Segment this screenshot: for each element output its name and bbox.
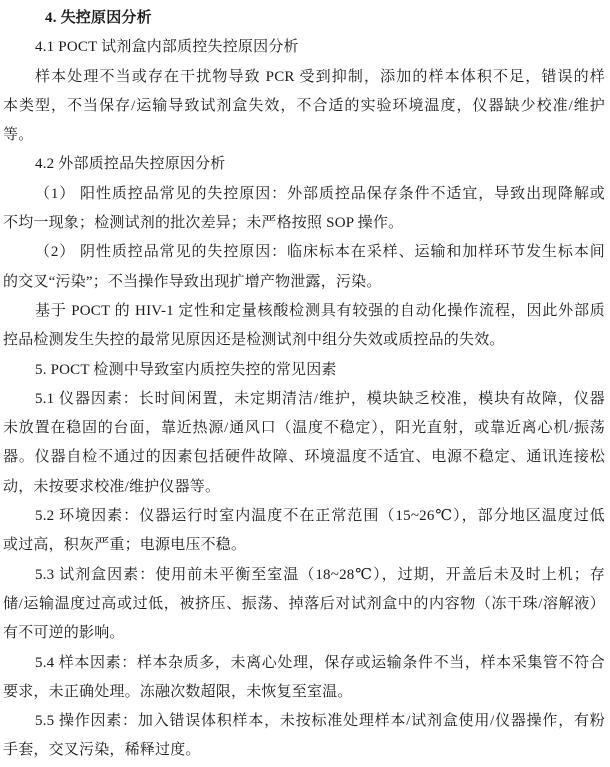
text-line: 动，未按要求校准/维护仪器等。 bbox=[3, 473, 605, 502]
text-line: 储/运输温度过高或过低，被挤压、振荡、掉落后对试剂盒中的内容物（冻干珠/溶解液） bbox=[3, 590, 605, 619]
text-line: 要求，未正确处理。冻融次数超限，未恢复至室温。 bbox=[3, 678, 605, 707]
text-line: （1） 阳性质控品常见的失控原因：外部质控品保存条件不适宜，导致出现降解或 bbox=[3, 180, 605, 209]
text-line: 5.5 操作因素：加入错误体积样本，未按标准处理样本/试剂盒使用/仪器操作，有粉 bbox=[3, 707, 605, 736]
text-line: （2） 阴性质控品常见的失控原因：临床标本在采样、运输和加样环节发生标本间 bbox=[3, 238, 605, 267]
text-line: 样本处理不当或存在干扰物导致 PCR 受到抑制，添加的样本体积不足，错误的样 bbox=[3, 63, 605, 92]
text-line: 未放置在稳固的台面，靠近热源/通风口（温度不稳定），阳光直射，或靠近离心机/振荡 bbox=[3, 414, 605, 443]
text-line: 等。 bbox=[3, 121, 605, 150]
text-line: 5.1 仪器因素：长时间闲置，未定期清洁/维护，模块缺乏校准，模块有故障，仪器 bbox=[3, 385, 605, 414]
text-line: 基于 POCT 的 HIV-1 定性和定量核酸检测具有较强的自动化操作流程，因此… bbox=[3, 297, 605, 326]
text-line: 手套，交叉污染，稀释过度。 bbox=[3, 736, 605, 765]
text-line: 本类型，不当保存/运输导致试剂盒失效，不合适的实验环境温度，仪器缺少校准/维护 bbox=[3, 92, 605, 121]
text-line: 5.2 环境因素：仪器运行时室内温度不在正常范围（15~26℃），部分地区温度过… bbox=[3, 502, 605, 531]
section-heading-4: 4. 失控原因分析 bbox=[3, 4, 605, 33]
subsection-heading-4-1: 4.1 POCT 试剂盒内部质控失控原因分析 bbox=[3, 33, 605, 62]
text-line: 不均一现象；检测试剂的批次差异；未严格按照 SOP 操作。 bbox=[3, 209, 605, 238]
section-heading-5: 5. POCT 检测中导致室内质控失控的常见因素 bbox=[3, 356, 605, 385]
text-line: 控品检测发生失控的最常见原因还是检测试剂中组分失效或质控品的失效。 bbox=[3, 326, 605, 355]
text-line: 5.4 样本因素：样本杂质多，未离心处理，保存或运输条件不当，样本采集管不符合 bbox=[3, 649, 605, 678]
text-line: 或过高，积灰严重；电源电压不稳。 bbox=[3, 531, 605, 560]
text-line: 有不可逆的影响。 bbox=[3, 619, 605, 648]
document-page: 4. 失控原因分析 4.1 POCT 试剂盒内部质控失控原因分析 样本处理不当或… bbox=[0, 0, 610, 767]
text-line: 的交叉“污染”；不当操作导致出现扩增产物泄露，污染。 bbox=[3, 268, 605, 297]
subsection-heading-4-2: 4.2 外部质控品失控原因分析 bbox=[3, 150, 605, 179]
text-line: 器。仪器自检不通过的因素包括硬件故障、环境温度不适宜、电源不稳定、通讯连接松 bbox=[3, 443, 605, 472]
text-line: 5.3 试剂盒因素：使用前未平衡至室温（18~28℃），过期，开盖后未及时上机；… bbox=[3, 561, 605, 590]
